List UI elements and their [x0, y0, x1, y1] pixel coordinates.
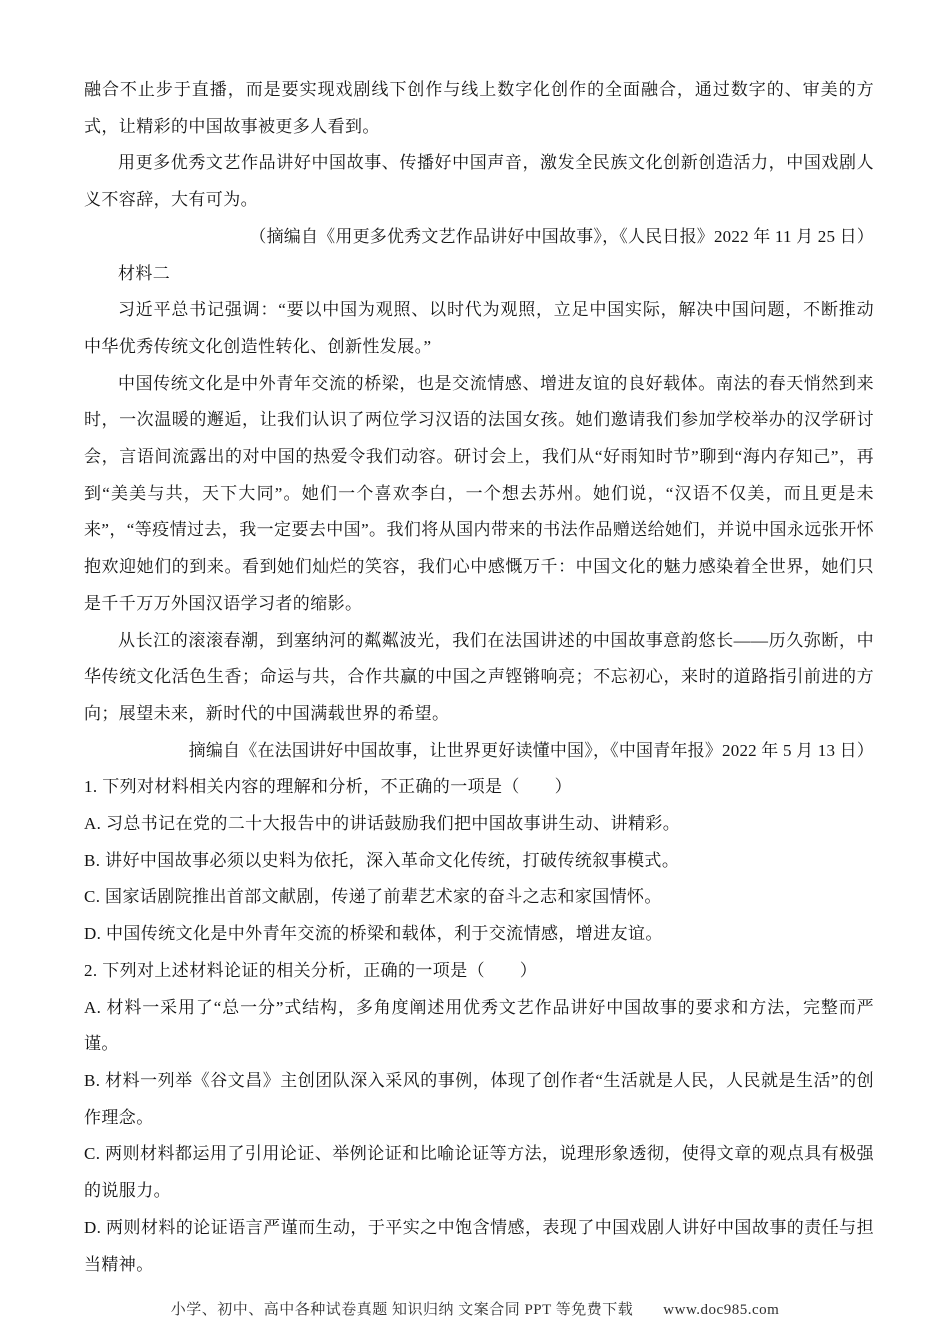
question-2-option-d: D. 两则材料的论证语言严谨而生动，于平实之中饱含情感，表现了中国戏剧人讲好中国… — [84, 1210, 874, 1283]
material-2-heading: 材料二 — [84, 256, 874, 293]
paragraph-france-exchange: 中国传统文化是中外青年交流的桥梁，也是交流情感、增进友谊的良好载体。南法的春天悄… — [84, 366, 874, 623]
footer-promo-text: 小学、初中、高中各种试卷真题 知识归纳 文案合同 PPT 等免费下载 — [171, 1302, 634, 1318]
question-2: 2. 下列对上述材料论证的相关分析，正确的一项是（ ） A. 材料一采用了“总一… — [84, 953, 874, 1283]
question-1: 1. 下列对材料相关内容的理解和分析，不正确的一项是（ ） A. 习总书记在党的… — [84, 769, 874, 953]
paragraph-yangtze-seine: 从长江的滚滚春潮，到塞纳河的粼粼波光，我们在法国讲述的中国故事意韵悠长——历久弥… — [84, 623, 874, 733]
paragraph-call-to-action: 用更多优秀文艺作品讲好中国故事、传播好中国声音，激发全民族文化创新创造活力，中国… — [84, 145, 874, 218]
page-footer: 小学、初中、高中各种试卷真题 知识归纳 文案合同 PPT 等免费下载www.do… — [0, 1298, 950, 1319]
document-page: 融合不止步于直播，而是要实现戏剧线下创作与线上数字化创作的全面融合，通过数字的、… — [0, 0, 950, 1283]
footer-site-url: www.doc985.com — [663, 1302, 779, 1318]
question-1-option-d: D. 中国传统文化是中外青年交流的桥梁和载体，利于交流情感，增进友谊。 — [84, 916, 874, 953]
source-attribution-material-2: 摘编自《在法国讲好中国故事，让世界更好读懂中国》，《中国青年报》2022 年 5… — [84, 733, 874, 770]
question-1-stem: 1. 下列对材料相关内容的理解和分析，不正确的一项是（ ） — [84, 769, 874, 806]
question-2-option-c: C. 两则材料都运用了引用论证、举例论证和比喻论证等方法，说理形象透彻，使得文章… — [84, 1136, 874, 1209]
question-1-option-b: B. 讲好中国故事必须以史料为依托，深入革命文化传统，打破传统叙事模式。 — [84, 843, 874, 880]
question-2-option-a: A. 材料一采用了“总一分”式结构，多角度阐述用优秀文艺作品讲好中国故事的要求和… — [84, 990, 874, 1063]
question-1-option-c: C. 国家话剧院推出首部文献剧，传递了前辈艺术家的奋斗之志和家国情怀。 — [84, 879, 874, 916]
question-2-stem: 2. 下列对上述材料论证的相关分析，正确的一项是（ ） — [84, 953, 874, 990]
question-1-option-a: A. 习总书记在党的二十大报告中的讲话鼓励我们把中国故事讲生动、讲精彩。 — [84, 806, 874, 843]
paragraph-leader-quote: 习近平总书记强调：“要以中国为观照、以时代为观照，立足中国实际，解决中国问题，不… — [84, 292, 874, 365]
question-2-option-b: B. 材料一列举《谷文昌》主创团队深入采风的事例，体现了创作者“生活就是人民，人… — [84, 1063, 874, 1136]
source-attribution-material-1: （摘编自《用更多优秀文艺作品讲好中国故事》，《人民日报》2022 年 11 月 … — [84, 219, 874, 256]
paragraph-continuation: 融合不止步于直播，而是要实现戏剧线下创作与线上数字化创作的全面融合，通过数字的、… — [84, 72, 874, 145]
